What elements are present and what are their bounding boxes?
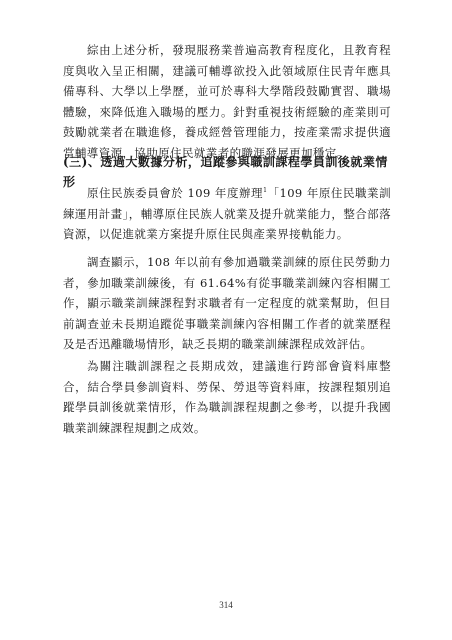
paragraph-text-before-footnote: 原住民族委員會於 109 年度辦理 (87, 186, 263, 200)
paragraph-summary: 綜由上述分析，發現服務業普遍高教育程度化，且教育程度與收入呈正相關，建議可輔導欲… (63, 40, 391, 164)
paragraph-program-plan: 原住民族委員會於 109 年度辦理1「109 年原住民職業訓練運用計畫」，輔導原… (63, 183, 391, 245)
paragraph-recommendation: 為關注職訓課程之長期成效，建議進行跨部會資料庫整合，結合學員參訓資料、勞保、勞退… (63, 356, 391, 438)
page-number: 314 (0, 600, 452, 610)
document-page: 綜由上述分析，發現服務業普遍高教育程度化，且教育程度與收入呈正相關，建議可輔導欲… (0, 0, 452, 640)
paragraph-survey-findings: 調查顯示，108 年以前有參加過職業訓練的原住民勞動力者，參加職業訓練後，有 6… (63, 252, 391, 355)
